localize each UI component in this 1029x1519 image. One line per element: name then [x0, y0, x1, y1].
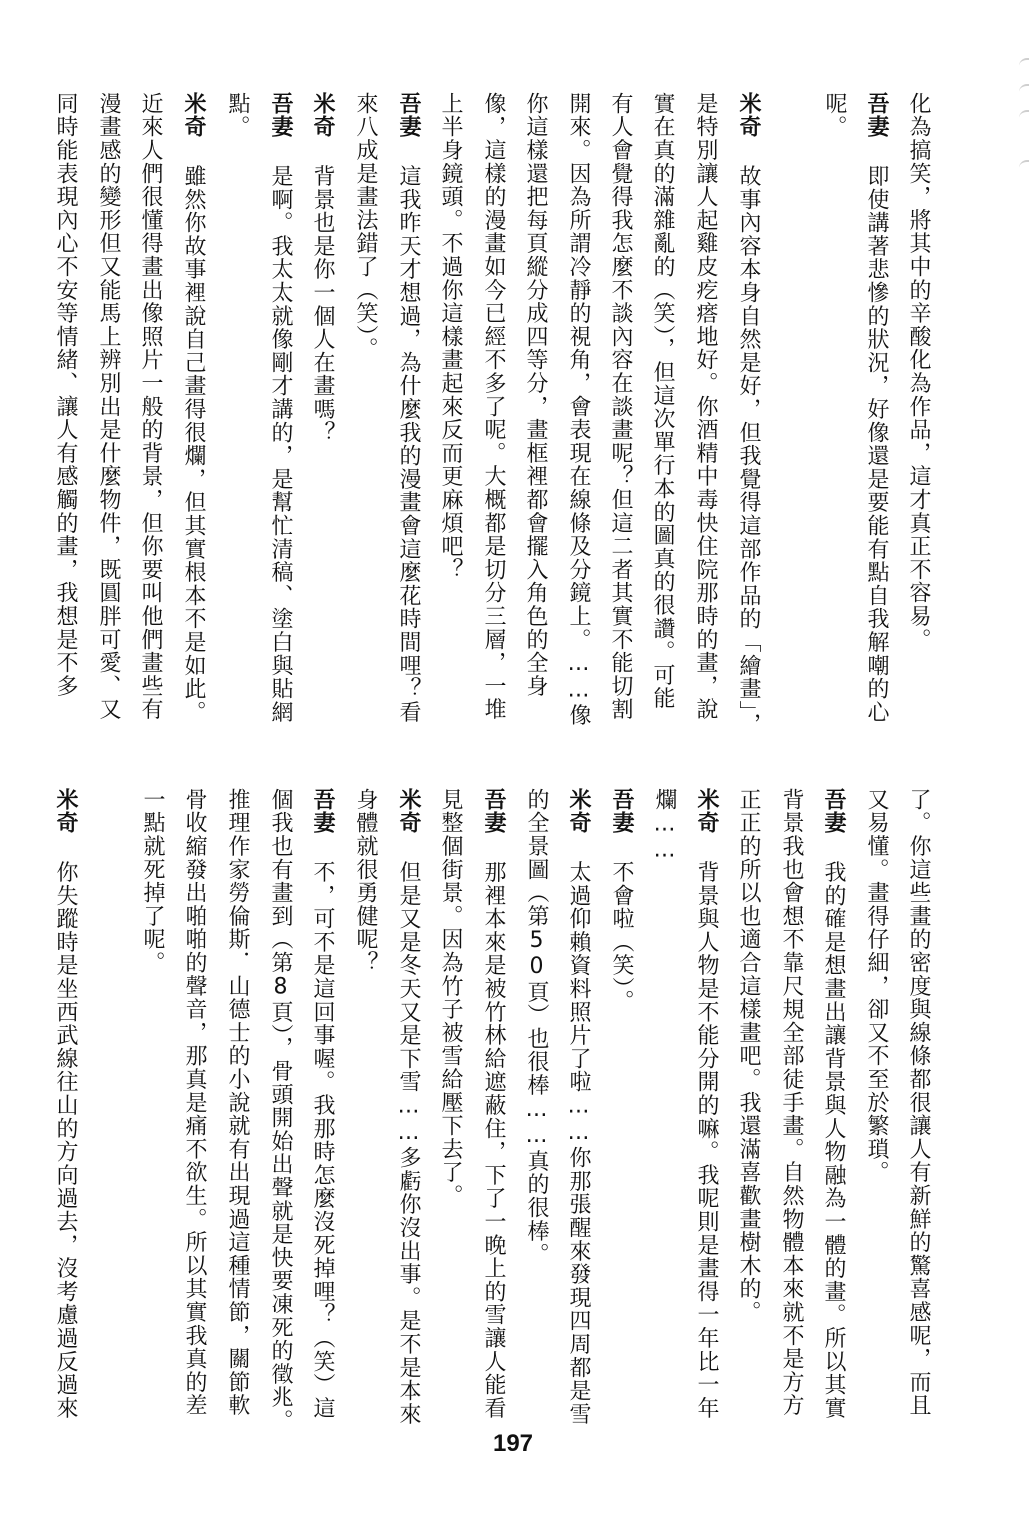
- column-text: 太過仰賴資料照片了啦……你那張醒來發現四周都是雪: [566, 861, 591, 1426]
- column-text: 點。: [225, 92, 250, 139]
- text-column: 見整個街景。因為竹子被雪給壓下去了。: [437, 788, 463, 1207]
- column-text: 背景也是你一個人在畫嗎？: [310, 165, 335, 445]
- column-text: 你這樣還把每頁縱分成四等分，畫框裡都會擺入角色的全身: [523, 92, 548, 698]
- column-text: 雖然你故事裡說自己畫得很爛，但其實根本不是如此。: [181, 165, 206, 724]
- text-column: 有人會覺得我怎麼不談內容在談畫呢？但這二者其實不能切割: [607, 92, 633, 721]
- text-column: 來八成是畫法錯了（笑）。: [352, 92, 378, 361]
- text-column: 近來人們很懂得畫出像照片一般的背景，但你要叫他們畫些有: [137, 92, 163, 721]
- text-column: 骨收縮發出啪啪的聲音，那真是痛不欲生。所以其實我真的差: [181, 788, 207, 1417]
- column-text: 背景我也會想不靠尺規全部徒手畫。自然物體本來就不是方方: [779, 788, 804, 1417]
- speaker-label: 吾妻: [309, 788, 335, 835]
- column-text: 化為搞笑，將其中的辛酸化為作品，這才真正不容易。: [906, 92, 931, 651]
- column-text: 呢。: [822, 92, 847, 139]
- column-text: 推理作家勞倫斯．山德士的小說就有出現過這種情節，關節軟: [225, 788, 250, 1417]
- dialogue-column: 米奇雖然你故事裡說自己畫得很爛，但其實根本不是如此。: [180, 92, 206, 724]
- text-column: 像，這樣的漫畫如今已經不多了呢。大概都是切分三層，一堆: [480, 92, 506, 721]
- column-text: 近來人們很懂得畫出像照片一般的背景，但你要叫他們畫些有: [138, 92, 163, 721]
- speaker-label: 吾妻: [395, 92, 421, 139]
- speaker-label: 米奇: [180, 92, 206, 139]
- speaker-label: 米奇: [565, 788, 591, 835]
- speaker-label: 米奇: [395, 788, 421, 835]
- column-text: 上半身鏡頭。不過你這樣畫起來反而更麻煩吧？: [438, 92, 463, 581]
- column-text: 漫畫感的變形但又能馬上辨別出是什麼物件，既圓胖可愛、又: [96, 92, 121, 721]
- text-column: 開來。因為所謂冷靜的視角，會表現在線條及分鏡上。……像: [565, 92, 591, 727]
- column-text: 不會啦（笑）。: [609, 861, 634, 1013]
- column-text: 即使講著悲慘的狀況，好像還是要能有點自我解嘲的心: [864, 165, 889, 724]
- text-column: 推理作家勞倫斯．山德士的小說就有出現過這種情節，關節軟: [224, 788, 250, 1417]
- text-column: 又易懂。畫得仔細，卻又不至於繁瑣。: [863, 788, 889, 1184]
- text-column: 的全景圖（第50頁）也很棒……真的很棒。: [523, 788, 549, 1266]
- speaker-label: 米奇: [735, 92, 761, 139]
- dialogue-column: 吾妻即使講著悲慘的狀況，好像還是要能有點自我解嘲的心: [863, 92, 889, 724]
- column-text: 來八成是畫法錯了（笑）。: [353, 92, 378, 361]
- dialogue-column: 吾妻不會啦（笑）。: [608, 788, 634, 1013]
- dialogue-column: 吾妻不，可不是這回事喔。我那時怎麼沒死掉哩？（笑）這: [309, 788, 335, 1420]
- column-text: 是啊。我太太就像剛才講的，是幫忙清稿、塗白與貼網: [268, 165, 293, 724]
- column-text: 故事內容本身自然是好，但我覺得這部作品的「繪畫」，: [736, 165, 761, 737]
- column-text: 同時能表現內心不安等情緒、讓人有感觸的畫，我想是不多: [53, 92, 78, 698]
- dialogue-column: 米奇故事內容本身自然是好，但我覺得這部作品的「繪畫」，: [735, 92, 761, 736]
- column-text: 骨收縮發出啪啪的聲音，那真是痛不欲生。所以其實我真的差: [182, 788, 207, 1417]
- edge-mark: [1019, 84, 1029, 92]
- column-text: 有人會覺得我怎麼不談內容在談畫呢？但這二者其實不能切割: [608, 92, 633, 721]
- text-column: 你這樣還把每頁縱分成四等分，畫框裡都會擺入角色的全身: [522, 92, 548, 698]
- text-column: 上半身鏡頭。不過你這樣畫起來反而更麻煩吧？: [437, 92, 463, 581]
- text-column: 呢。: [821, 92, 847, 139]
- dialogue-column: 吾妻那裡本來是被竹林給遮蔽住，下了一晚上的雪讓人能看: [480, 788, 506, 1420]
- column-text: 個我也有畫到（第8頁），骨頭開始出聲就是快要凍死的徵兆。: [268, 788, 293, 1432]
- text-column: 個我也有畫到（第8頁），骨頭開始出聲就是快要凍死的徵兆。: [267, 788, 293, 1432]
- book-page: 化為搞笑，將其中的辛酸化為作品，這才真正不容易。 吾妻即使講著悲慘的狀況，好像還…: [0, 0, 1029, 1519]
- column-text: 一點就死掉了呢。: [140, 788, 165, 974]
- page-number: 197: [468, 1430, 558, 1458]
- speaker-label: 吾妻: [267, 92, 293, 139]
- column-text: 不，可不是這回事喔。我那時怎麼沒死掉哩？（笑）這: [310, 861, 335, 1420]
- column-text: 實在真的滿雜亂的（笑），但這次單行本的圖真的很讚。可能: [650, 92, 675, 710]
- text-column: 了。你這些畫的密度與線條都很讓人有新鮮的驚喜感呢，而且: [905, 788, 931, 1417]
- text-column: 點。: [224, 92, 250, 139]
- speaker-label: 米奇: [309, 92, 335, 139]
- edge-mark: [1019, 110, 1029, 118]
- column-text: 你失蹤時是坐西武線往山的方向過去，沒考慮過反過來: [53, 861, 78, 1420]
- speaker-label: 吾妻: [480, 788, 506, 835]
- text-column: 一點就死掉了呢。: [139, 788, 165, 974]
- speaker-label: 吾妻: [608, 788, 634, 835]
- text-column: 正正的所以也適合這樣畫吧。我還滿喜歡畫樹木的。: [735, 788, 761, 1324]
- edge-mark: [1019, 58, 1029, 66]
- column-text: 身體就很勇健呢？: [353, 788, 378, 974]
- dialogue-column: 米奇你失蹤時是坐西武線往山的方向過去，沒考慮過反過來: [52, 788, 78, 1420]
- column-text: 見整個街景。因為竹子被雪給壓下去了。: [438, 788, 463, 1207]
- column-text: 的全景圖（第50頁）也很棒……真的很棒。: [524, 788, 549, 1266]
- text-column: 同時能表現內心不安等情緒、讓人有感觸的畫，我想是不多: [52, 92, 78, 698]
- column-text: 是特別讓人起雞皮疙瘩地好。你酒精中毒快住院那時的畫，說: [693, 92, 718, 721]
- dialogue-column: 米奇但是又是冬天又是下雪……多虧你沒出事。是不是本來: [395, 788, 421, 1426]
- text-column: 是特別讓人起雞皮疙瘩地好。你酒精中毒快住院那時的畫，說: [692, 92, 718, 721]
- text-column: 實在真的滿雜亂的（笑），但這次單行本的圖真的很讚。可能: [649, 92, 675, 710]
- text-column: 爛……: [651, 788, 677, 864]
- column-text: 背景與人物是不能分開的嘛。我呢則是畫得一年比一年: [694, 861, 719, 1420]
- text-column: 身體就很勇健呢？: [352, 788, 378, 974]
- dialogue-column: 吾妻是啊。我太太就像剛才講的，是幫忙清稿、塗白與貼網: [267, 92, 293, 724]
- column-text: 又易懂。畫得仔細，卻又不至於繁瑣。: [864, 788, 889, 1184]
- column-text: 那裡本來是被竹林給遮蔽住，下了一晚上的雪讓人能看: [481, 861, 506, 1420]
- column-text: 這我昨天才想過，為什麼我的漫畫會這麼花時間哩？看: [396, 165, 421, 724]
- column-text: 我的確是想畫出讓背景與人物融為一體的畫。所以其實: [821, 861, 846, 1420]
- dialogue-column: 米奇背景與人物是不能分開的嘛。我呢則是畫得一年比一年: [693, 788, 719, 1420]
- speaker-label: 米奇: [693, 788, 719, 835]
- dialogue-column: 吾妻我的確是想畫出讓背景與人物融為一體的畫。所以其實: [820, 788, 846, 1420]
- speaker-label: 吾妻: [820, 788, 846, 835]
- column-text: 像，這樣的漫畫如今已經不多了呢。大概都是切分三層，一堆: [481, 92, 506, 721]
- dialogue-column: 米奇背景也是你一個人在畫嗎？: [309, 92, 335, 444]
- column-text: 爛……: [652, 788, 677, 864]
- text-column: 化為搞笑，將其中的辛酸化為作品，這才真正不容易。: [905, 92, 931, 651]
- column-text: 了。你這些畫的密度與線條都很讓人有新鮮的驚喜感呢，而且: [906, 788, 931, 1417]
- column-text: 但是又是冬天又是下雪……多虧你沒出事。是不是本來: [396, 861, 421, 1426]
- column-text: 開來。因為所謂冷靜的視角，會表現在線條及分鏡上。……像: [566, 92, 591, 727]
- dialogue-column: 米奇太過仰賴資料照片了啦……你那張醒來發現四周都是雪: [565, 788, 591, 1426]
- edge-mark: [1019, 160, 1029, 168]
- text-column: 背景我也會想不靠尺規全部徒手畫。自然物體本來就不是方方: [778, 788, 804, 1417]
- speaker-label: 吾妻: [863, 92, 889, 139]
- column-text: 正正的所以也適合這樣畫吧。我還滿喜歡畫樹木的。: [736, 788, 761, 1324]
- dialogue-column: 吾妻這我昨天才想過，為什麼我的漫畫會這麼花時間哩？看: [395, 92, 421, 724]
- speaker-label: 米奇: [52, 788, 78, 835]
- text-column: 漫畫感的變形但又能馬上辨別出是什麼物件，既圓胖可愛、又: [95, 92, 121, 721]
